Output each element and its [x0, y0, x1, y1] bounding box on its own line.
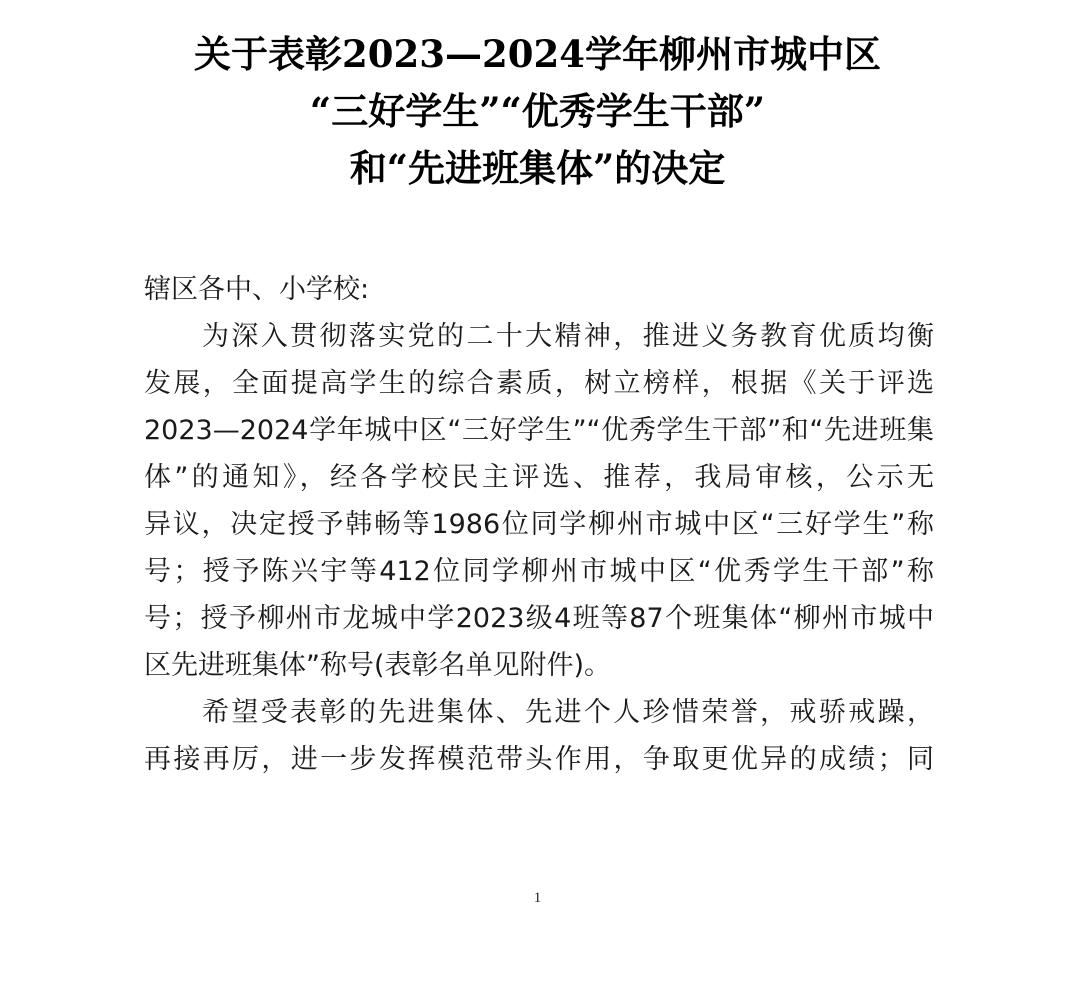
- paragraph-line: 2023—2024学年城中区“三好学生”“优秀学生干部”和“先进班集: [144, 407, 934, 454]
- document-title: 关于表彰2023—2024学年柳州市城中区 “三好学生”“优秀学生干部” 和“先…: [0, 26, 1075, 197]
- title-line-2: “三好学生”“优秀学生干部”: [0, 83, 1075, 140]
- paragraph-line: 体”的通知》，经各学校民主评选、推荐，我局审核，公示无: [144, 454, 934, 501]
- title-line-1: 关于表彰2023—2024学年柳州市城中区: [0, 26, 1075, 83]
- paragraph-line: 希望受表彰的先进集体、先进个人珍惜荣誉，戒骄戒躁，: [144, 689, 934, 736]
- paragraph-line: 为深入贯彻落实党的二十大精神，推进义务教育优质均衡: [144, 313, 934, 360]
- document-page: 关于表彰2023—2024学年柳州市城中区 “三好学生”“优秀学生干部” 和“先…: [0, 0, 1075, 999]
- paragraph-line: 再接再厉，进一步发挥模范带头作用，争取更优异的成绩；同: [144, 736, 934, 783]
- paragraph-line: 区先进班集体”称号(表彰名单见附件)。: [144, 642, 934, 689]
- document-body: 辖区各中、小学校: 为深入贯彻落实党的二十大精神，推进义务教育优质均衡 发展，全…: [144, 266, 934, 783]
- paragraph-line: 异议，决定授予韩畅等1986位同学柳州市城中区“三好学生”称: [144, 501, 934, 548]
- title-line-3: 和“先进班集体”的决定: [0, 140, 1075, 197]
- paragraph-1: 为深入贯彻落实党的二十大精神，推进义务教育优质均衡 发展，全面提高学生的综合素质…: [144, 313, 934, 689]
- salutation: 辖区各中、小学校:: [144, 266, 934, 313]
- paragraph-2: 希望受表彰的先进集体、先进个人珍惜荣誉，戒骄戒躁， 再接再厉，进一步发挥模范带头…: [144, 689, 934, 783]
- paragraph-line: 发展，全面提高学生的综合素质，树立榜样，根据《关于评选: [144, 360, 934, 407]
- paragraph-line: 号；授予柳州市龙城中学2023级4班等87个班集体“柳州市城中: [144, 595, 934, 642]
- page-number: 1: [0, 890, 1075, 907]
- paragraph-line: 号；授予陈兴宇等412位同学柳州市城中区“优秀学生干部”称: [144, 548, 934, 595]
